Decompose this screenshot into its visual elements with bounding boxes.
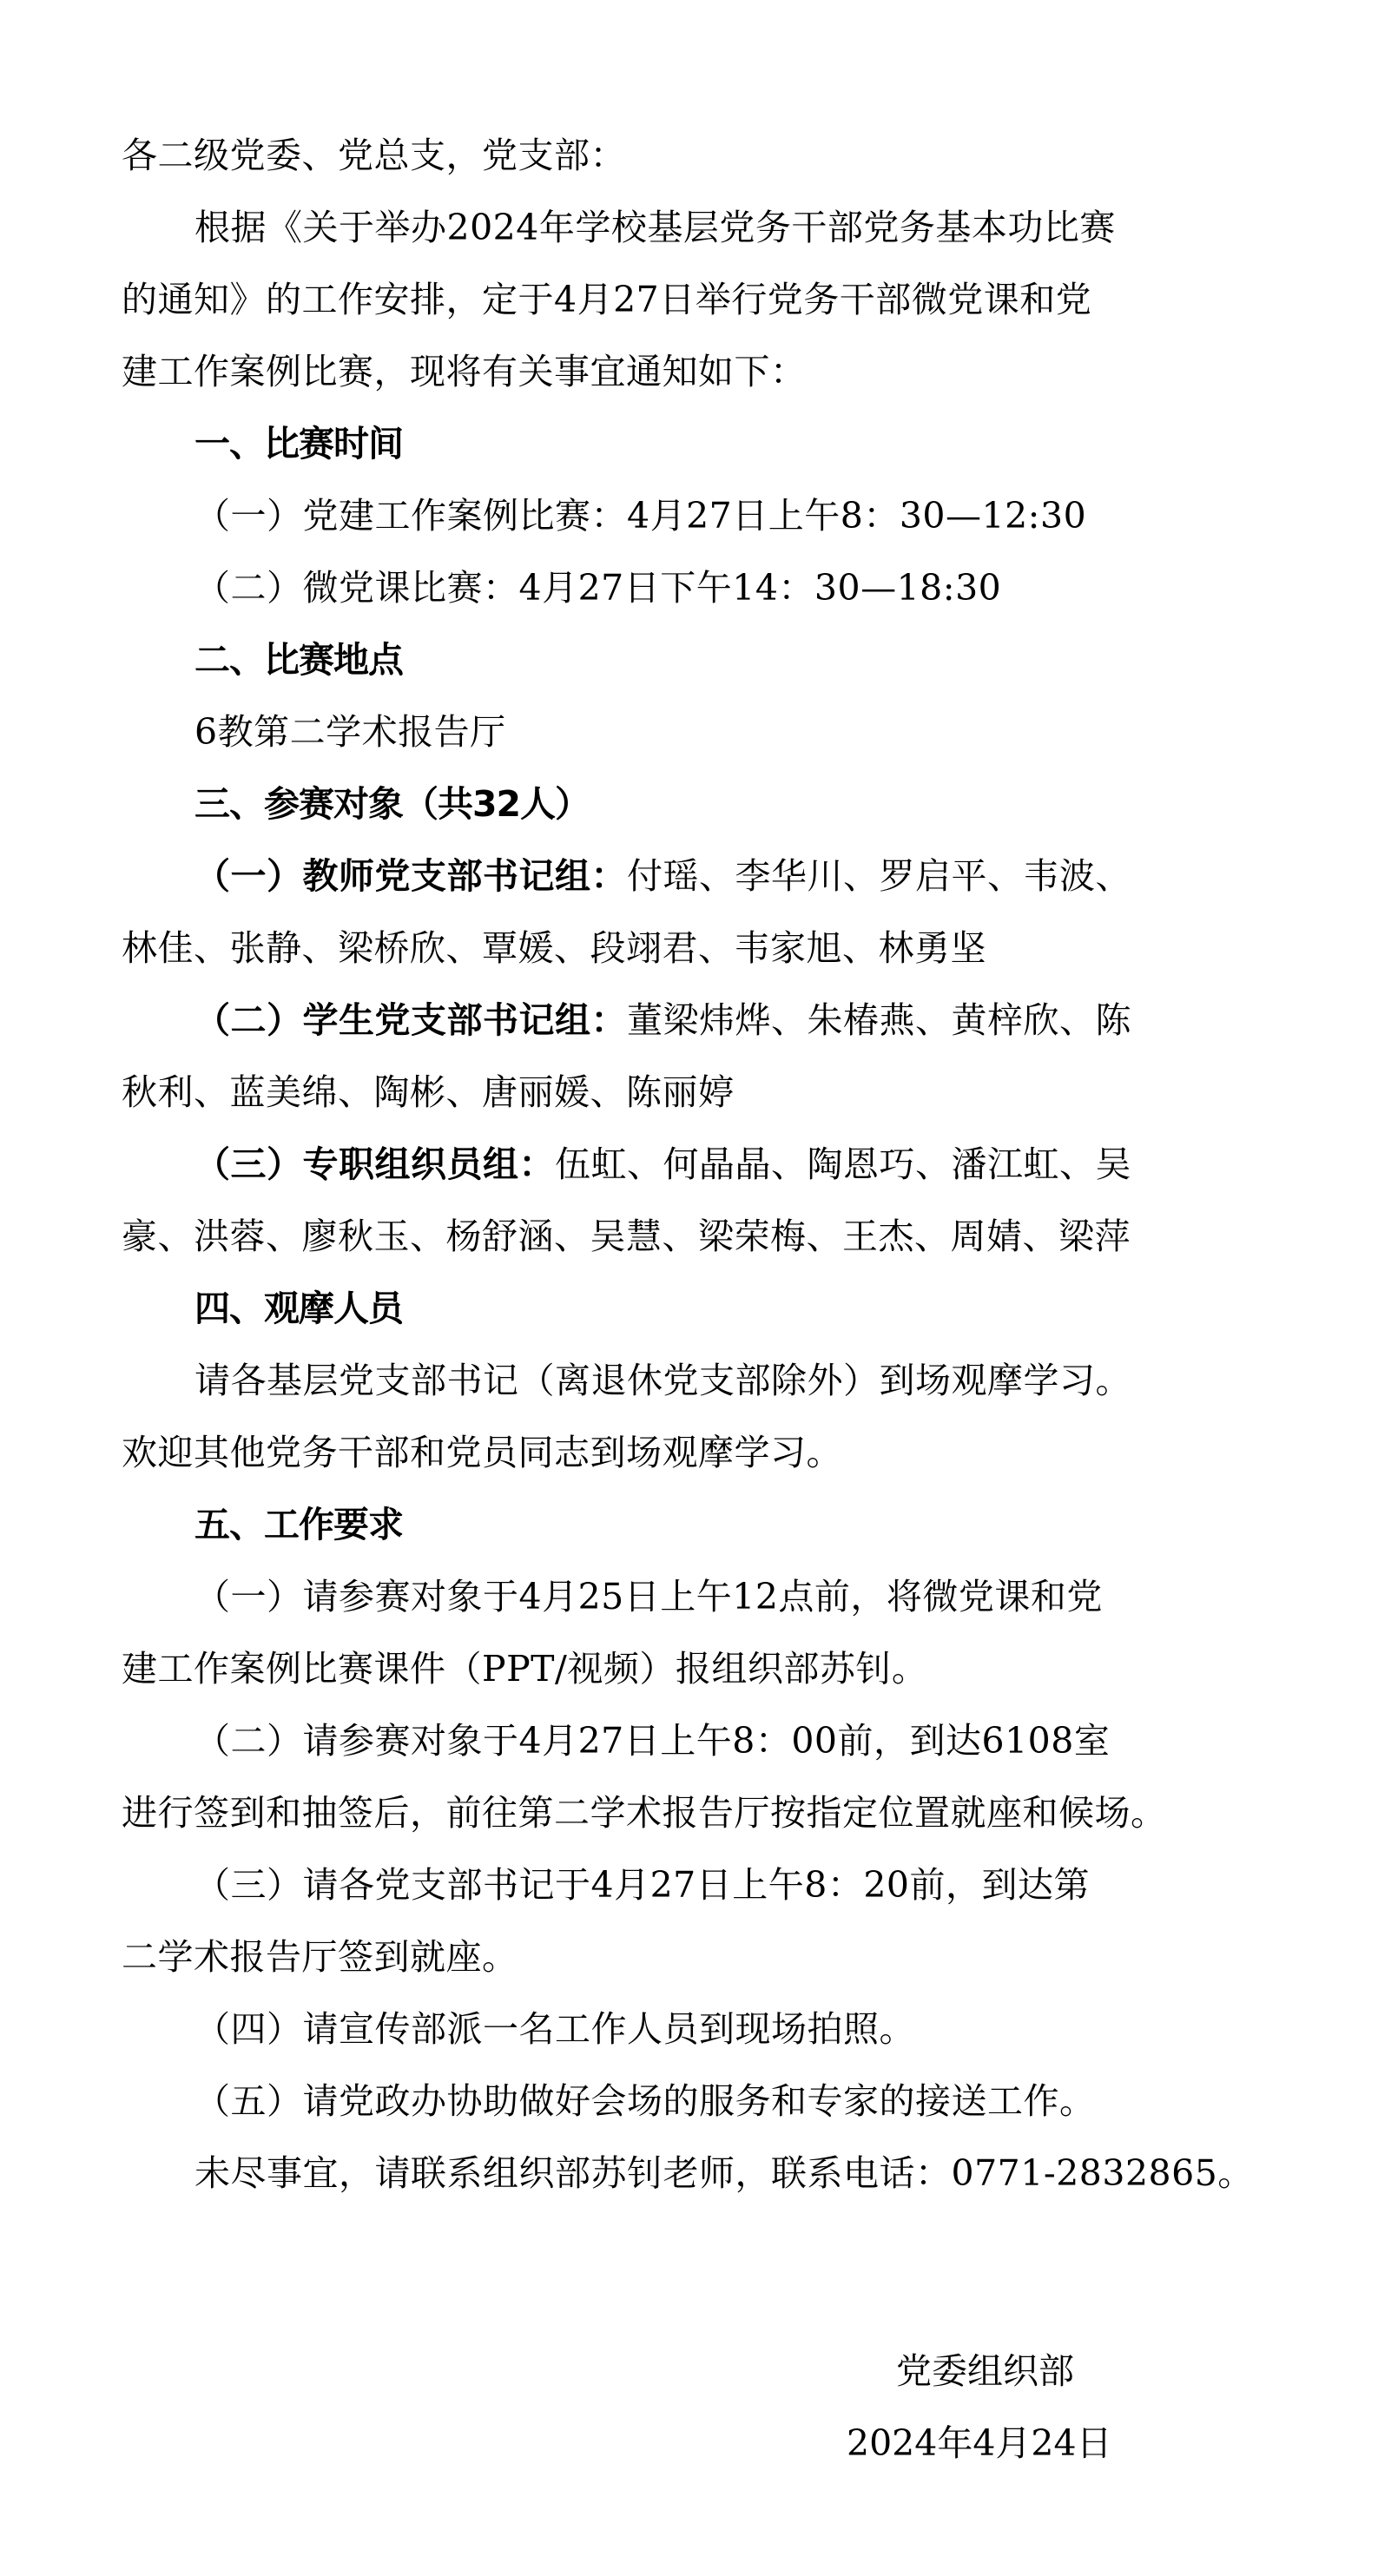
group-names-students-part-2: 秋利、蓝美绵、陶彬、唐丽媛、陈丽婷 <box>122 1057 1224 1129</box>
observers-line-2: 欢迎其他党务干部和党员同志到场观摩学习。 <box>122 1417 1224 1489</box>
participant-group-teachers-line-1: （一）教师党支部书记组：付瑶、李华川、罗启平、韦波、 <box>122 840 1224 912</box>
section-heading-participants: 三、参赛对象（共32人） <box>122 768 1224 840</box>
section-heading-location: 二、比赛地点 <box>122 624 1224 696</box>
time-item-case-competition: （一）党建工作案例比赛：4月27日上午8：30—12:30 <box>122 480 1224 552</box>
group-names-teachers-part-2: 林佳、张静、梁桥欣、覃媛、段翊君、韦家旭、林勇坚 <box>122 912 1224 985</box>
intro-line-1: 根据《关于举办2024年学校基层党务干部党务基本功比赛 <box>122 192 1224 264</box>
requirement-2-line-1: （二）请参赛对象于4月27日上午8：00前，到达6108室 <box>122 1705 1224 1777</box>
observers-line-1: 请各基层党支部书记（离退休党支部除外）到场观摩学习。 <box>122 1345 1224 1417</box>
time-item-micro-lesson: （二）微党课比赛：4月27日下午14：30—18:30 <box>122 552 1224 624</box>
requirement-3-line-1: （三）请各党支部书记于4月27日上午8：20前，到达第 <box>122 1849 1224 1921</box>
notice-document: 各二级党委、党总支，党支部： 根据《关于举办2024年学校基层党务干部党务基本功… <box>122 120 1224 2210</box>
group-names-teachers-part-1: 付瑶、李华川、罗启平、韦波、 <box>627 855 1131 897</box>
group-label-organizers: （三）专职组织员组： <box>195 1143 555 1185</box>
location-text: 6教第二学术报告厅 <box>122 696 1224 768</box>
requirement-1-line-2: 建工作案例比赛课件（PPT/视频）报组织部苏钊。 <box>122 1633 1224 1705</box>
signature-date: 2024年4月24日 <box>0 2408 1378 2480</box>
requirement-3-line-2: 二学术报告厅签到就座。 <box>122 1921 1224 1993</box>
group-names-organizers-part-1: 伍虹、何晶晶、陶恩巧、潘江虹、吴 <box>555 1143 1131 1185</box>
group-label-teachers: （一）教师党支部书记组： <box>195 855 627 897</box>
requirement-2-line-2: 进行签到和抽签后，前往第二学术报告厅按指定位置就座和候场。 <box>122 1777 1224 1849</box>
contact-info: 未尽事宜，请联系组织部苏钊老师，联系电话：0771-2832865。 <box>122 2138 1224 2210</box>
section-heading-requirements: 五、工作要求 <box>122 1489 1224 1561</box>
requirement-1-line-1: （一）请参赛对象于4月25日上午12点前，将微党课和党 <box>122 1561 1224 1633</box>
group-names-organizers-part-2: 豪、洪蓉、廖秋玉、杨舒涵、吴慧、梁荣梅、王杰、周婧、梁萍 <box>122 1201 1224 1273</box>
signature-organization: 党委组织部 <box>0 2336 1378 2408</box>
section-heading-time: 一、比赛时间 <box>122 408 1224 480</box>
group-label-students: （二）学生党支部书记组： <box>195 999 627 1041</box>
section-heading-observers: 四、观摩人员 <box>122 1273 1224 1345</box>
requirement-4: （四）请宣传部派一名工作人员到现场拍照。 <box>122 1993 1224 2065</box>
intro-line-3: 建工作案例比赛，现将有关事宜通知如下： <box>122 336 1224 408</box>
group-names-students-part-1: 董梁炜烨、朱椿燕、黄梓欣、陈 <box>627 999 1131 1041</box>
intro-line-2: 的通知》的工作安排，定于4月27日举行党务干部微党课和党 <box>122 264 1224 336</box>
requirement-5: （五）请党政办协助做好会场的服务和专家的接送工作。 <box>122 2065 1224 2138</box>
participant-group-students-line-1: （二）学生党支部书记组：董梁炜烨、朱椿燕、黄梓欣、陈 <box>122 985 1224 1057</box>
salutation: 各二级党委、党总支，党支部： <box>122 120 1224 192</box>
participant-group-organizers-line-1: （三）专职组织员组：伍虹、何晶晶、陶恩巧、潘江虹、吴 <box>122 1129 1224 1201</box>
